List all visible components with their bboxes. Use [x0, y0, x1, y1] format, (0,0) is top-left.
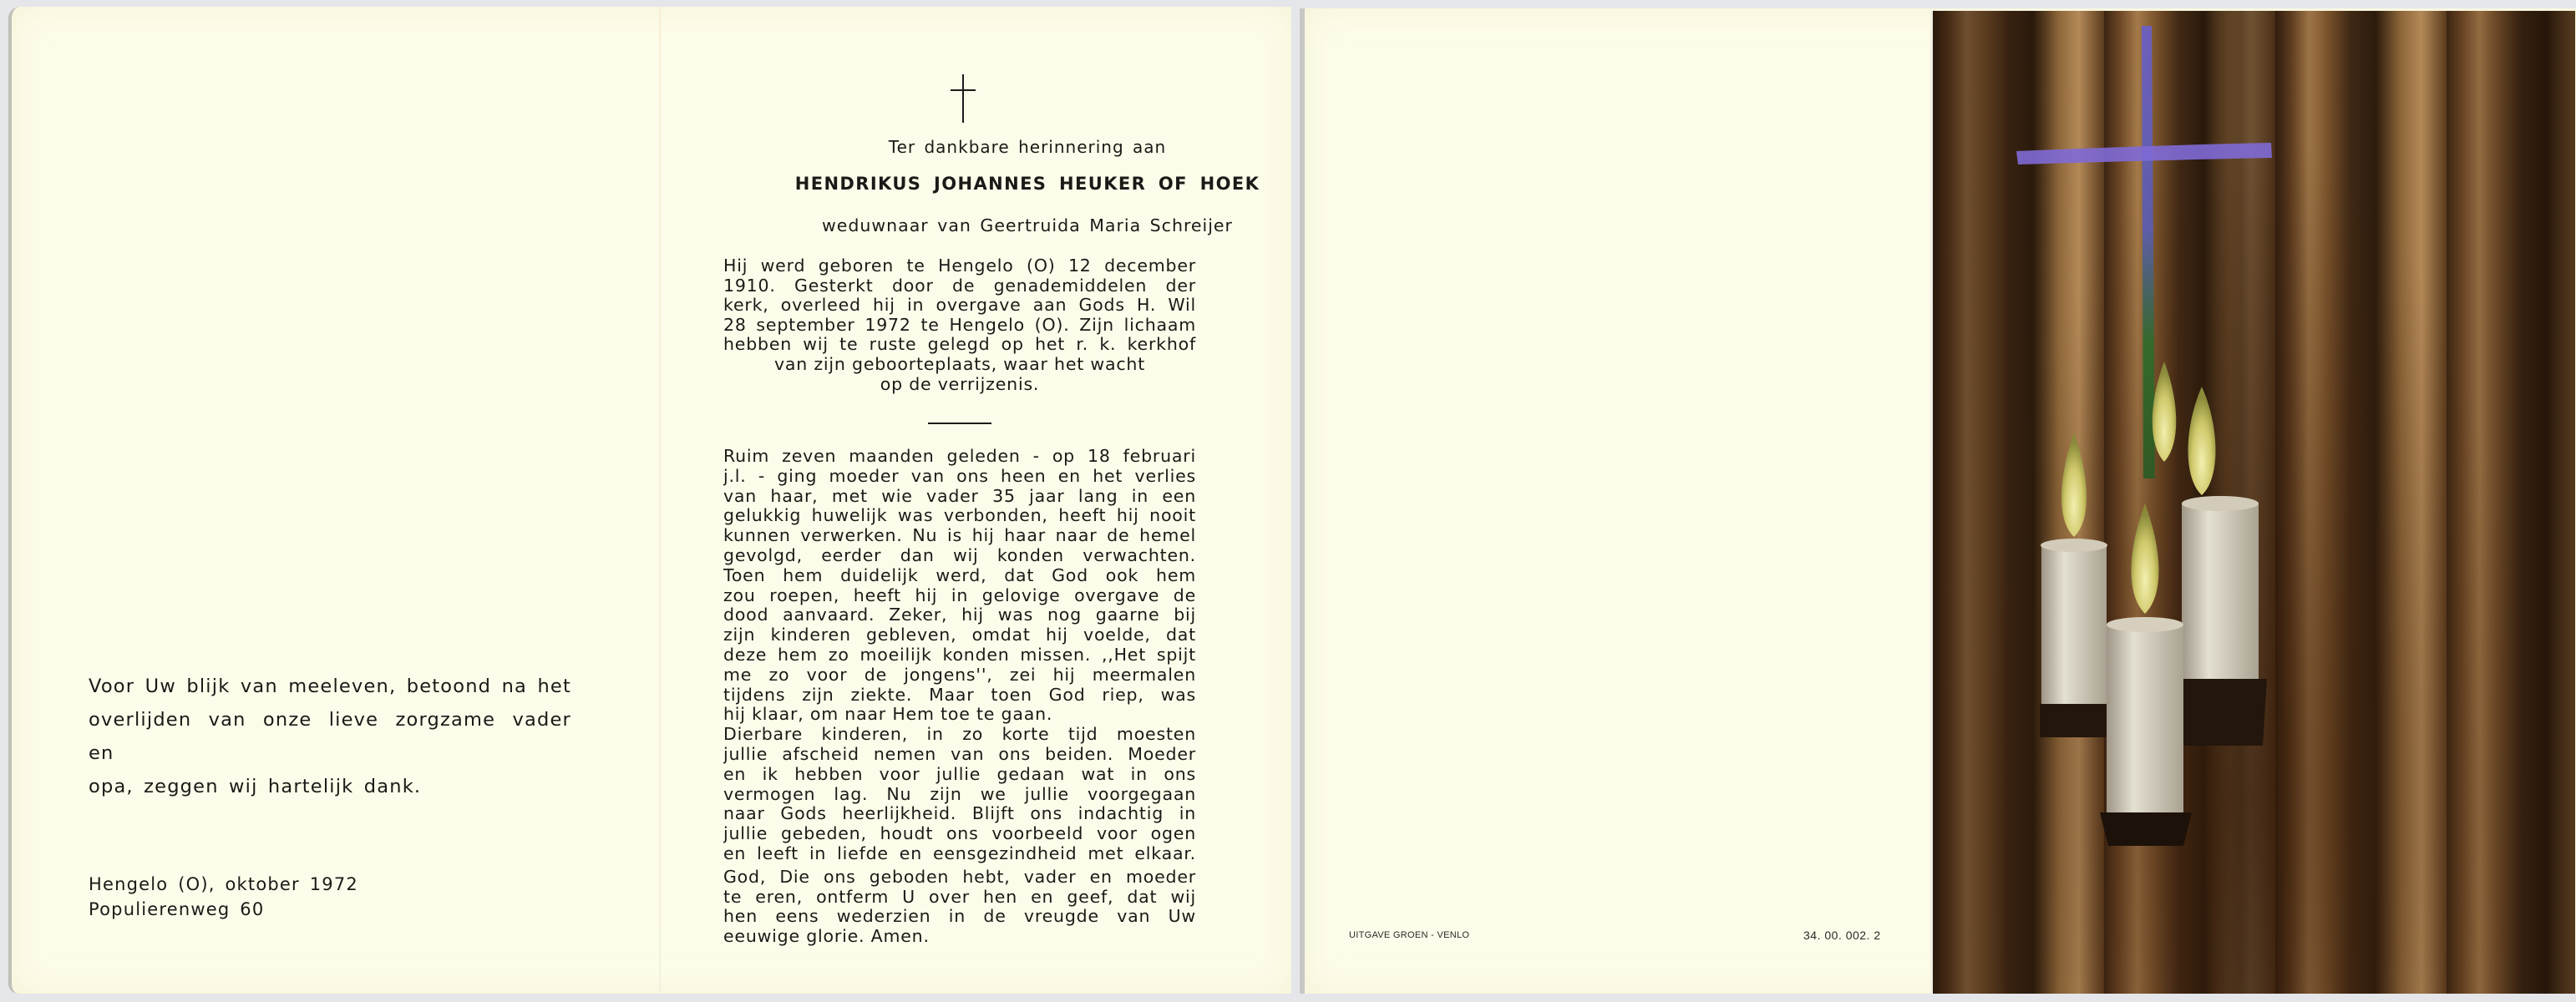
body-line: naar Gods heerlijkheid. Blijft ons indac… — [723, 804, 1196, 824]
address: Populierenweg 60 — [89, 897, 358, 922]
body-line: gelukkig huwelijk was verbonden, heeft h… — [723, 506, 1196, 526]
body-line: zijn kinderen gebleven, omdat hij voelde… — [723, 625, 1196, 645]
widower-line: weduwnaar van Geertruida Maria Schreijer — [718, 215, 1336, 235]
place-address: Hengelo (O), oktober 1972 Populierenweg … — [89, 872, 358, 922]
prayer-line: God, Die ons geboden hebt, vader en moed… — [723, 868, 1196, 888]
biography: Hij werd geboren te Hengelo (O) 12 decem… — [723, 256, 1196, 394]
candles-and-cross-illustration — [1933, 11, 2575, 994]
thanks-line: overlijden van onze lieve zorgzame vader… — [89, 703, 571, 770]
body-line: kunnen verwerken. Nu is hij haar naar de… — [723, 526, 1196, 546]
body-line: Ruim zeven maanden geleden - op 18 febru… — [723, 447, 1196, 467]
candle-right — [2175, 387, 2267, 746]
bio-line: 1910. Gesterkt door de genademiddelen de… — [723, 276, 1196, 296]
prayer-line: hen eens wederzien in de vreugde van Uw — [723, 907, 1196, 927]
body-line: en leeft in liefde en eensgezindheid met… — [723, 844, 1196, 864]
publisher-imprint: UITGAVE GROEN - VENLO — [1349, 930, 1469, 940]
place-date: Hengelo (O), oktober 1972 — [89, 872, 358, 897]
cross-icon — [2016, 26, 2272, 478]
body-line: tijdens zijn ziekte. Maar toen God riep,… — [723, 686, 1196, 706]
candle-back — [2153, 362, 2177, 462]
body-line: vermogen lag. Nu zijn we jullie voorgega… — [723, 785, 1196, 805]
body-line: zou roepen, heeft hij in gelovige overga… — [723, 586, 1196, 606]
separator-rule — [928, 423, 991, 424]
prayer-line: te eren, ontferm U over hen en geef, dat… — [723, 888, 1196, 908]
bio-line: op de verrijzenis. — [723, 375, 1196, 395]
body-line: Toen hem duidelijk werd, dat God ook hem — [723, 566, 1196, 586]
body-line: jullie gebeden, houdt ons voorbeeld voor… — [723, 824, 1196, 844]
body-line: en ik hebben voor jullie gedaan wat in o… — [723, 765, 1196, 785]
body-line: van haar, met wie vader 35 jaar lang in … — [723, 487, 1196, 507]
bio-line: hebben wij te ruste gelegd op het r. k. … — [723, 335, 1196, 355]
body-line: me zo voor de jongens'', zei hij meermal… — [723, 665, 1196, 686]
body-line: Dierbare kinderen, in zo korte tijd moes… — [723, 725, 1196, 745]
article-number: 34. 00. 002. 2 — [1803, 929, 1881, 942]
candle-left — [2040, 433, 2108, 737]
cover-painting — [1930, 11, 2575, 994]
latin-cross-icon — [951, 74, 976, 123]
bio-line: van zijn geboorteplaats, waar het wacht — [723, 355, 1196, 375]
body-line: jullie afscheid nemen van ons beiden. Mo… — [723, 745, 1196, 765]
prayer-line: eeuwige glorie. Amen. — [723, 927, 1196, 947]
thanks-panel — [12, 7, 659, 994]
bio-line: kerk, overleed hij in overgave aan Gods … — [723, 296, 1196, 316]
body-line: deze hem zo moeilijk konden missen. ,,He… — [723, 645, 1196, 665]
thanks-line: Voor Uw blijk van meeleven, betoond na h… — [89, 670, 571, 703]
body-line: gevolgd, eerder dan wij konden verwachte… — [723, 546, 1196, 566]
thanks-message: Voor Uw blijk van meeleven, betoond na h… — [89, 670, 571, 803]
deceased-name: HENDRIKUS JOHANNES HEUKER OF HOEK — [718, 174, 1336, 194]
memorial-intro: Ter dankbare herinnering aan — [718, 137, 1336, 157]
bio-line: Hij werd geboren te Hengelo (O) 12 decem… — [723, 256, 1196, 276]
body-line: hij klaar, om naar Hem toe te gaan. — [723, 705, 1196, 725]
body-line: dood aanvaard. Zeker, hij was nog gaarne… — [723, 605, 1196, 625]
candle-front — [2100, 504, 2192, 846]
body-line: j.l. - ging moeder van ons heen en het v… — [723, 467, 1196, 487]
thanks-line: opa, zeggen wij hartelijk dank. — [89, 770, 571, 803]
bio-line: 28 september 1972 te Hengelo (O). Zijn l… — [723, 316, 1196, 336]
memorial-text: Ruim zeven maanden geleden - op 18 febru… — [723, 447, 1196, 947]
